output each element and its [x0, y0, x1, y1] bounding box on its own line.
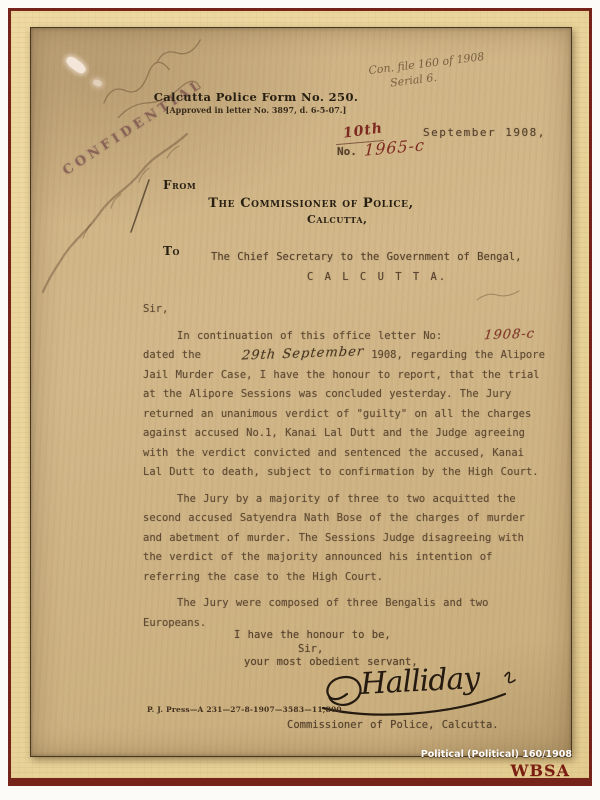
ref-letter-no-handwritten: 1908-c [449, 334, 534, 337]
from-label: From [163, 178, 196, 192]
paragraph-3: The Jury were composed of three Bengalis… [143, 594, 545, 633]
letter-no-value: 1965-c [364, 135, 426, 159]
press-imprint: P. J. Press—A 231—27-8-1907—3583—11,800 [147, 705, 342, 714]
archive-watermark: WBSA [262, 761, 570, 780]
letter-no-label: No. [337, 142, 357, 162]
salutation: Sir, [143, 300, 545, 320]
footer-reference: Political (Political) 160/1908 [262, 749, 572, 760]
to-label: To [163, 244, 180, 258]
from-line2: Calcutta, [307, 213, 368, 226]
form-title: Calcutta Police Form No. 250. [131, 90, 381, 104]
paragraph-1-text-b: dated the [143, 349, 208, 361]
letter-body: Sir, In continuation of this office lett… [143, 300, 545, 640]
screenshot-canvas: Con. file 160 of 1908 Serial 6. CONFIDEN… [0, 0, 600, 800]
letter-page: Con. file 160 of 1908 Serial 6. CONFIDEN… [30, 27, 572, 757]
ink-scribble-left [37, 124, 197, 304]
paragraph-1-text-a: In continuation of this office letter No… [177, 330, 450, 342]
closing-line1: I have the honour to be, [234, 629, 506, 643]
signer-title: Commissioner of Police, Calcutta. [287, 716, 499, 736]
to-line2: C A L C U T T A. [307, 268, 447, 288]
paragraph-2: The Jury by a majority of three to two a… [143, 490, 545, 588]
ref-date-handwritten: 29th September [208, 352, 364, 357]
date-typed: September 1908, [423, 123, 546, 143]
signature-name: Halliday [359, 661, 483, 702]
form-subtitle: [Approved in letter No. 3897, d. 6-5-07.… [131, 105, 381, 115]
paragraph-1: In continuation of this office letter No… [143, 327, 545, 483]
archive-file-note: Con. file 160 of 1908 Serial 6. [368, 49, 487, 93]
slash-mark [127, 178, 153, 236]
from-line1: The Commissioner of Police, [171, 196, 451, 211]
to-line1: The Chief Secretary to the Government of… [211, 248, 571, 268]
paragraph-1-text-c: 1908, regarding the Alipore Jail Murder … [143, 349, 545, 478]
